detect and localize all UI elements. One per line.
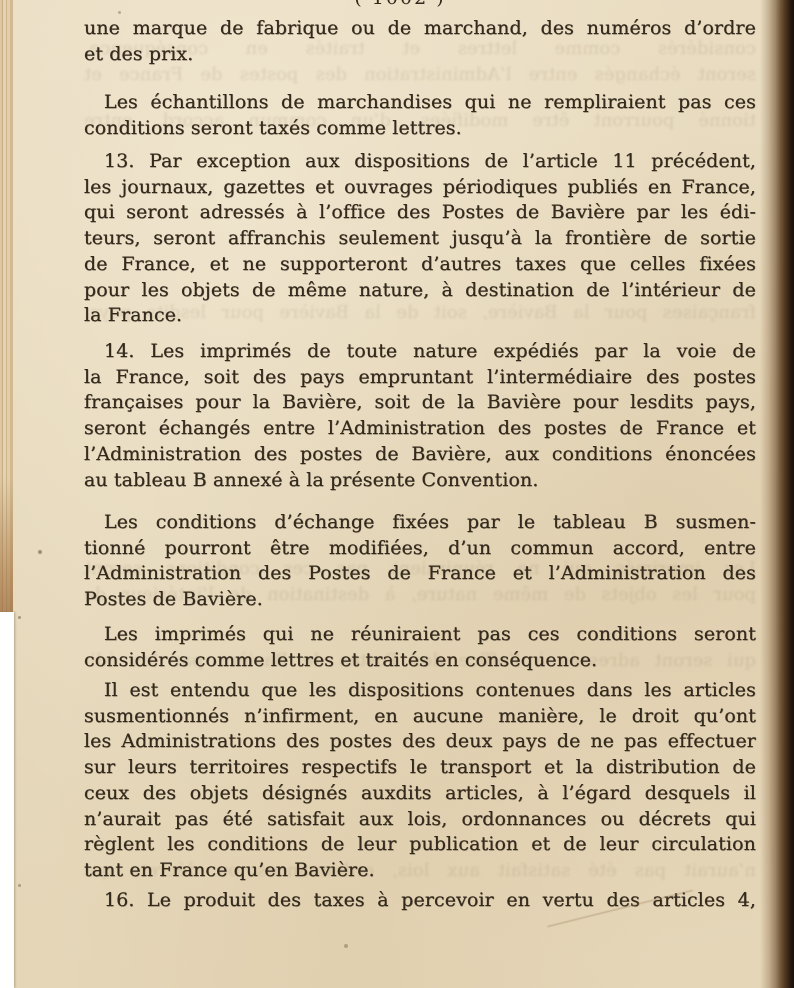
text-line: sur leurs territoires respectifs le tran… bbox=[84, 755, 756, 781]
paper-speck bbox=[18, 884, 21, 887]
text-line: au tableau B annexé à la présente Conven… bbox=[84, 468, 756, 494]
text-line: Les imprimés qui ne réuniraient pas ces … bbox=[84, 622, 756, 648]
text-line: l’Administration des Postes de France et… bbox=[84, 561, 756, 587]
paragraph-continuation: une marque de fabrique ou de marchand, d… bbox=[84, 16, 756, 67]
paper-speck bbox=[38, 550, 42, 554]
text-line: considérés comme lettres et traités en c… bbox=[84, 648, 756, 674]
binding-shadow-right bbox=[760, 0, 794, 988]
paragraph-imprimes-conditions: Les imprimés qui ne réuniraient pas ces … bbox=[84, 622, 756, 673]
text-line: tionné pourront être modifiées, d’un com… bbox=[84, 536, 756, 562]
text-line: françaises pour la Bavière, soit de la B… bbox=[84, 390, 756, 416]
text-line: 16. Le produit des taxes à percevoir en … bbox=[84, 888, 756, 914]
text-line: une marque de fabrique ou de marchand, d… bbox=[84, 16, 756, 42]
scanner-background-strip bbox=[0, 612, 14, 988]
paper-speck bbox=[18, 616, 21, 619]
text-line: 14. Les imprimés de toute nature expédié… bbox=[84, 339, 756, 365]
text-line: conditions seront taxés comme lettres. bbox=[84, 116, 756, 142]
book-edge-left bbox=[0, 0, 13, 612]
paper-speck bbox=[118, 11, 121, 14]
text-line: Les conditions d’échange fixées par le t… bbox=[84, 510, 756, 536]
text-line: et des prix. bbox=[84, 42, 756, 68]
text-line: règlent les conditions de leur publicati… bbox=[84, 832, 756, 858]
text-line: les Administrations des postes des deux … bbox=[84, 729, 756, 755]
paragraph-tableau-b-modifications: Les conditions d’échange fixées par le t… bbox=[84, 510, 756, 613]
text-line: seront échangés entre l’Administration d… bbox=[84, 416, 756, 442]
text-line: teurs, seront affranchis seulement jusqu… bbox=[84, 226, 756, 252]
text-line: l’Administration des postes de Bavière, … bbox=[84, 442, 756, 468]
text-line: de France, et ne supporteront d’autres t… bbox=[84, 252, 756, 278]
text-line: tant en France qu’en Bavière. bbox=[84, 858, 756, 884]
paragraph-article-16: 16. Le produit des taxes à percevoir en … bbox=[84, 888, 756, 914]
text-line: la France, soit des pays empruntant l’in… bbox=[84, 365, 756, 391]
text-line: les journaux, gazettes et ouvrages pério… bbox=[84, 175, 756, 201]
text-line: n’aurait pas été satisfait aux lois, ord… bbox=[84, 807, 756, 833]
text-line: ceux des objets désignés auxdits article… bbox=[84, 781, 756, 807]
paragraph-article-13: 13. Par exception aux dispositions de l’… bbox=[84, 149, 756, 329]
text-line: susmentionnés n’infirment, en aucune man… bbox=[84, 704, 756, 730]
text-line: 13. Par exception aux dispositions de l’… bbox=[84, 149, 756, 175]
paper-speck bbox=[344, 944, 348, 948]
page-number: ( 1002 ) bbox=[300, 0, 500, 9]
paragraph-echantillons: Les échantillons de marchandises qui ne … bbox=[84, 90, 756, 141]
text-line: pour les objets de même nature, à destin… bbox=[84, 278, 756, 304]
text-line: Il est entendu que les dispositions cont… bbox=[84, 678, 756, 704]
paragraph-article-14: 14. Les imprimés de toute nature expédié… bbox=[84, 339, 756, 493]
text-line: la France. bbox=[84, 303, 756, 329]
paragraph-il-est-entendu: Il est entendu que les dispositions cont… bbox=[84, 678, 756, 884]
text-line: Les échantillons de marchandises qui ne … bbox=[84, 90, 756, 116]
text-line: qui seront adressés à l’office des Poste… bbox=[84, 200, 756, 226]
scanned-page: considérés comme lettres et traités en c… bbox=[0, 0, 794, 988]
page-number-text: ( 1002 ) bbox=[300, 0, 500, 9]
text-line: Postes de Bavière. bbox=[84, 587, 756, 613]
